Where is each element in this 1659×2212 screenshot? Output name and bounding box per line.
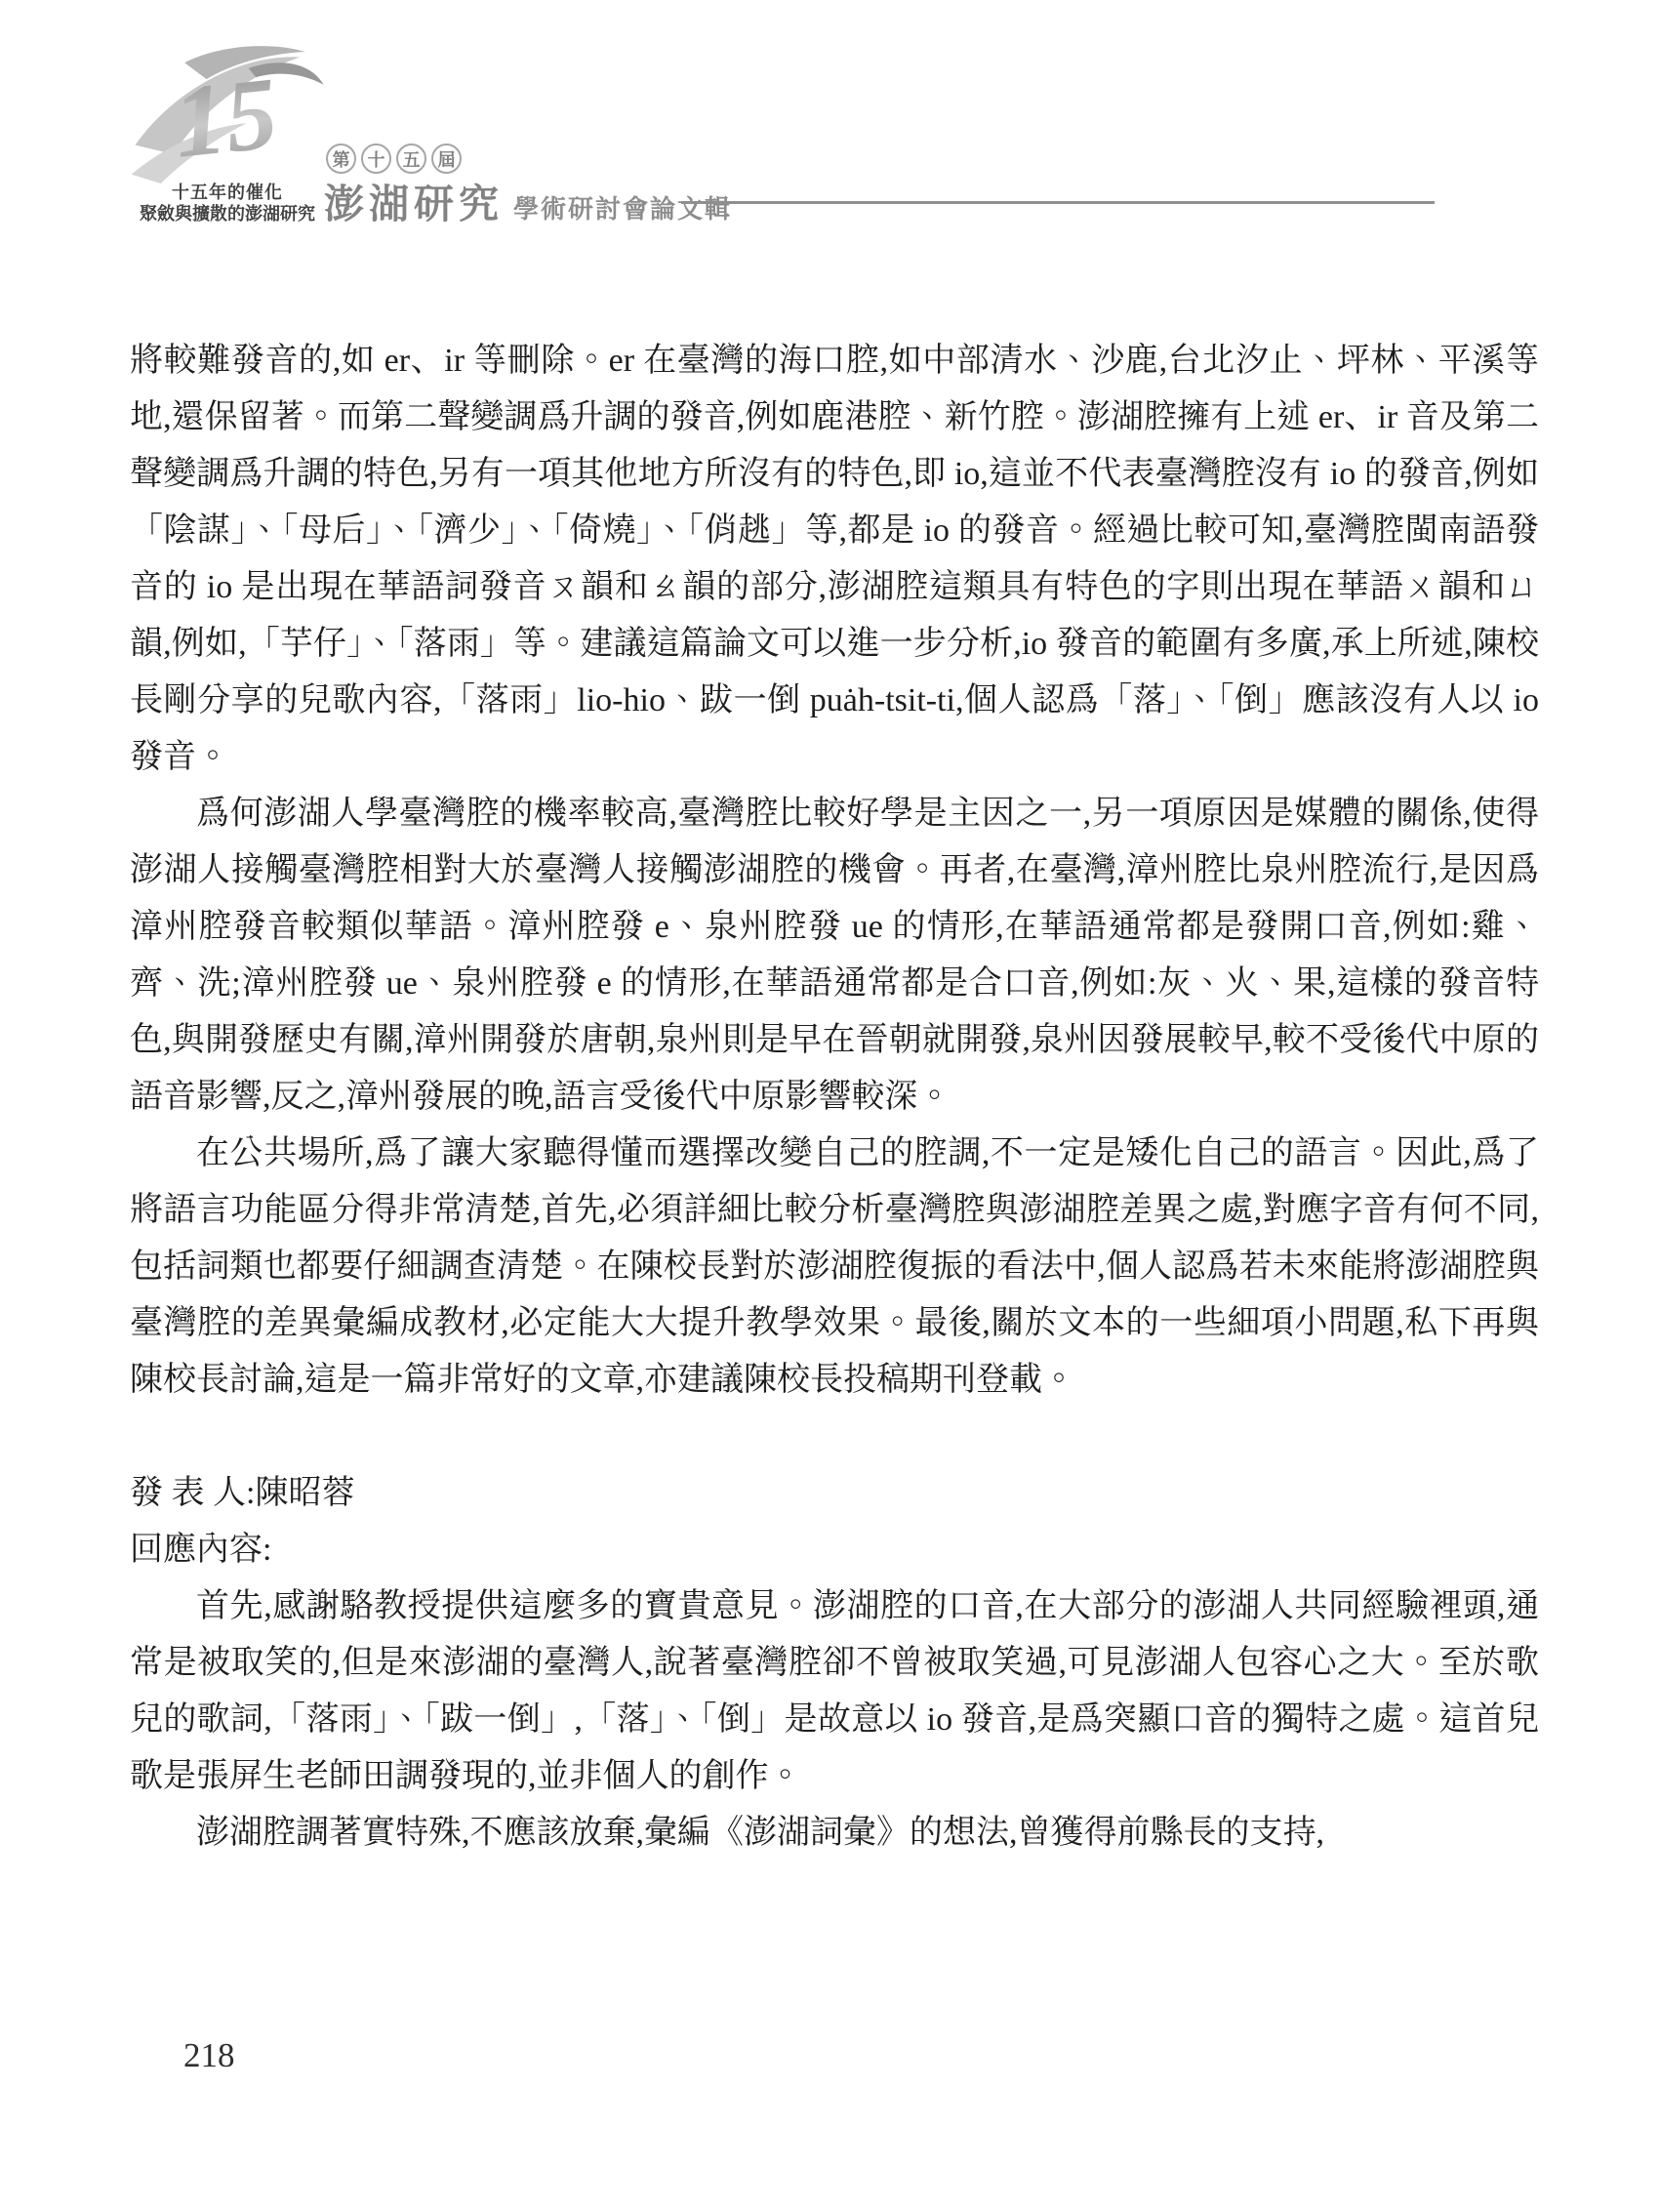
presenter-line: 發 表 人:陳昭蓉 (130, 1465, 1539, 1522)
series-subtitle: 學術研討會論文輯 (513, 189, 732, 225)
series-title-row: 澎湖研究 學術研討會論文輯 (324, 172, 732, 229)
paragraph-continuation: 將較難發音的,如 er、ir 等刪除。er 在臺灣的海口腔,如中部清水、沙鹿,台… (130, 333, 1539, 786)
anniversary-15-logo: 15 (127, 37, 334, 184)
edition-badge: 第 十 五 屆 (326, 143, 462, 174)
series-title: 澎湖研究 (324, 172, 504, 229)
page-body: 將較難發音的,如 er、ir 等刪除。er 在臺灣的海口腔,如中部清水、沙鹿,台… (130, 333, 1539, 1862)
document-page: 15 十五年的催化 聚斂與擴散的澎湖研究 第 十 五 屆 澎湖研究 學術研討會論… (0, 0, 1659, 2212)
logo-tagline-line2: 聚斂與擴散的澎湖研究 (115, 203, 340, 225)
page-number: 218 (183, 2036, 235, 2075)
logo-number-15: 15 (169, 55, 283, 179)
edition-char-circle: 第 (326, 143, 356, 174)
paragraph: 爲何澎湖人學臺灣腔的機率較高,臺灣腔比較好學是主因之一,另一項原因是媒體的關係,… (130, 786, 1539, 1126)
response-label: 回應內容: (130, 1522, 1539, 1578)
edition-char-circle: 十 (361, 143, 391, 174)
edition-char-circle: 屆 (431, 143, 462, 174)
edition-char-circle: 五 (396, 143, 426, 174)
paragraph: 首先,感謝駱教授提供這麼多的寶貴意見。澎湖腔的口音,在大部分的澎湖人共同經驗裡頭… (130, 1578, 1539, 1805)
paragraph: 澎湖腔調著實特殊,不應該放棄,彙編《澎湖詞彙》的想法,曾獲得前縣長的支持, (130, 1805, 1539, 1862)
header-divider-line (681, 201, 1435, 204)
logo-tagline: 十五年的催化 聚斂與擴散的澎湖研究 (115, 182, 340, 225)
logo-tagline-line1: 十五年的催化 (115, 182, 340, 203)
paragraph: 在公共場所,爲了讓大家聽得懂而選擇改變自己的腔調,不一定是矮化自己的語言。因此,… (130, 1126, 1539, 1409)
